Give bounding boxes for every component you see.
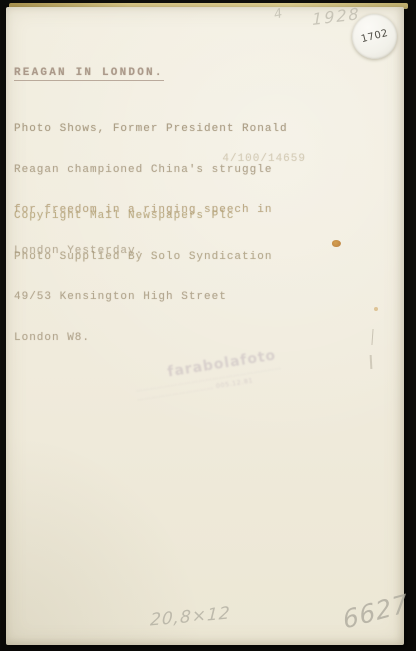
copyright-line: London W8. — [14, 332, 272, 346]
pencil-top-mark: 4 — [273, 6, 284, 22]
scratch-mark — [371, 329, 373, 345]
pencil-size-note: 20,8×12 — [150, 603, 231, 630]
copyright-block: Copyright Mail Newspapers Plc Photo Supp… — [14, 183, 272, 372]
pencil-top-number: 1928 — [312, 4, 361, 29]
round-number-sticker: 1702 — [352, 14, 397, 59]
sticker-number: 1702 — [360, 28, 389, 45]
reference-number: 4/100/14659 — [176, 153, 306, 165]
ink-stain — [332, 240, 341, 247]
typewritten-heading: REAGAN IN LONDON. — [14, 67, 164, 81]
copyright-line: Copyright Mail Newspapers Plc — [14, 210, 272, 224]
photo-back-card: 4 1928 1702 REAGAN IN LONDON. Photo Show… — [6, 7, 404, 645]
small-speck — [374, 307, 378, 311]
copyright-line: Photo Supplied By Solo Syndication — [14, 251, 272, 265]
scratch-mark — [370, 355, 372, 369]
copyright-line: 49/53 Kensington High Street — [14, 291, 272, 305]
pencil-bottom-number: 6627 — [341, 588, 411, 634]
caption-line: Photo Shows, Former President Ronald — [14, 123, 288, 137]
caption-line: Reagan championed China's struggle — [14, 164, 288, 178]
